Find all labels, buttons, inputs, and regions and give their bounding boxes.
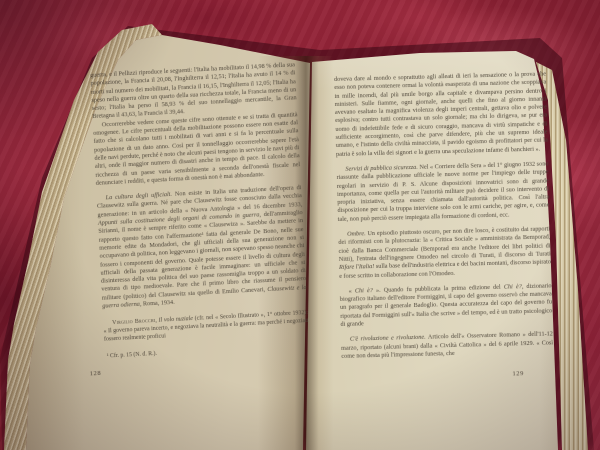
text-segment: Il volo nuziale — [158, 316, 193, 324]
paragraph: C'è rivoluzione e rivoluzione. Articolo … — [341, 331, 554, 361]
paragraph: doveva dare al mondo e soprattutto agli … — [334, 70, 548, 158]
paragraph: Occorrerebbe vedere come queste cifre so… — [93, 111, 301, 188]
left-page-paragraphs: guerra, e il Pellizzi riproduce le segue… — [90, 61, 309, 344]
right-page-text: doveva dare al mondo e soprattutto agli … — [334, 70, 554, 382]
text-segment: Un episodio piuttosto oscuro, per non di… — [338, 225, 551, 262]
left-page-footnote: ¹ Cfr. p. 15 (N. d. R.). — [99, 343, 310, 362]
paragraph: Servizi di pubblica sicurezza. Nel « Cor… — [336, 160, 549, 224]
text-segment: Rifare l'Italia! — [339, 263, 374, 271]
text-segment: Virgilio Brocchi — [112, 318, 155, 326]
text-segment: (cfr. nel « Secolo Illustrato », 1° otto… — [103, 310, 308, 342]
left-page-text: guerra, e il Pellizzi riproduce le segue… — [90, 61, 311, 377]
text-segment: Occorrerebbe vedere come queste cifre so… — [93, 111, 300, 187]
paragraph: « Chi è? ». Quando fu pubblicata la prim… — [340, 282, 553, 329]
paragraph: La cultura degli ufficiali. Non esiste i… — [96, 184, 307, 311]
text-segment: Servizi di pubblica sicurezza. — [345, 164, 418, 173]
text-segment: Roma, 1934. — [141, 299, 175, 308]
text-segment: Ombre. — [347, 230, 366, 237]
text-segment: Chi è?, — [504, 283, 524, 291]
book-photo-scene: guerra, e il Pellizzi riproduce le segue… — [0, 0, 600, 450]
text-segment: Chi è? — [355, 287, 376, 295]
text-segment: doveva dare al mondo e soprattutto agli … — [334, 70, 548, 157]
paragraph: Ombre. Un episodio piuttosto oscuro, per… — [338, 225, 551, 280]
right-page-paragraphs: doveva dare al mondo e soprattutto agli … — [334, 70, 553, 361]
paragraph: Virgilio Brocchi, Il volo nuziale (cfr. … — [103, 310, 309, 344]
text-segment: guerra, e il Pellizzi riproduce le segue… — [90, 61, 297, 120]
